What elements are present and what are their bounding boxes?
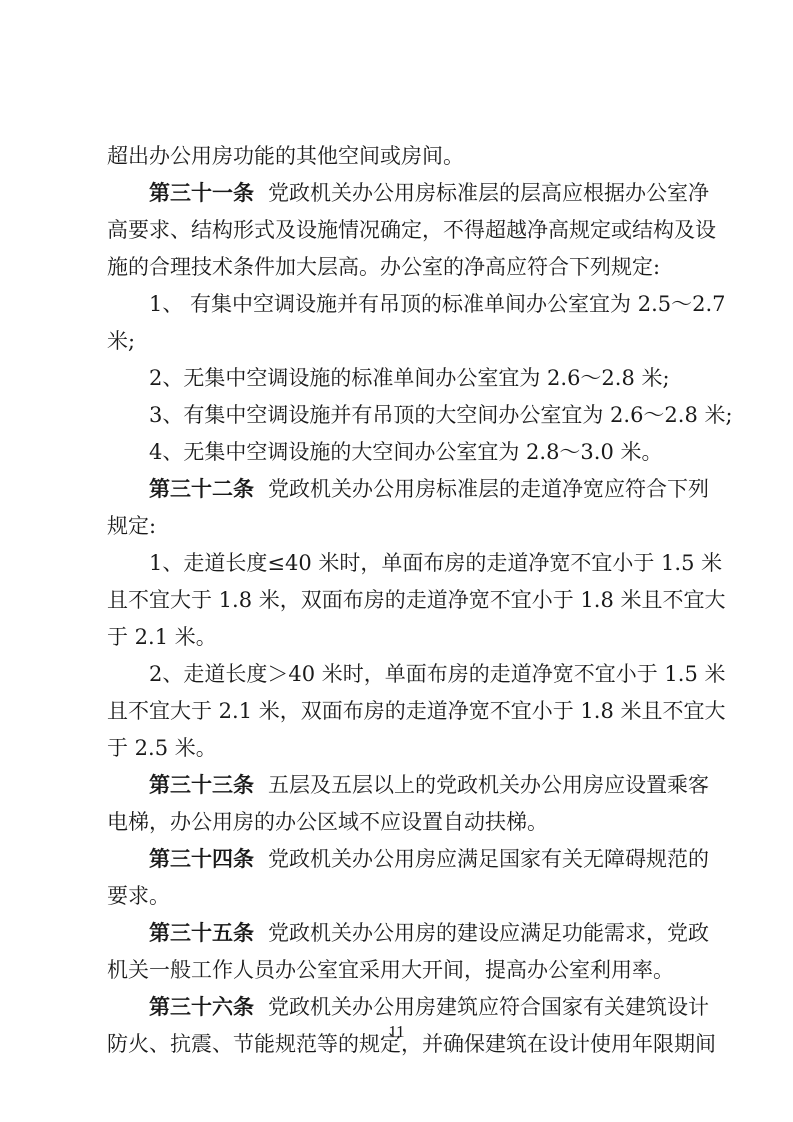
line-text: 党政机关办公用房标准层的层高应根据办公室净 [268,181,709,205]
line-text: 1、 有集中空调设施并有吊顶的标准单间办公室宜为 2.5～2.7 [149,292,726,316]
text-line: 1、走道长度≤40 米时，单面布房的走道净宽不宜小于 1.5 米 [107,545,692,582]
line-text: 于 2.5 米。 [107,736,217,760]
text-line: 于 2.1 米。 [107,619,692,656]
line-text: 党政机关办公用房的建设应满足功能需求，党政 [268,921,709,945]
text-line: 超出办公用房功能的其他空间或房间。 [107,138,692,175]
line-text: 党政机关办公用房建筑应符合国家有关建筑设计 [268,995,709,1019]
text-line: 且不宜大于 2.1 米，双面布房的走道净宽不宜小于 1.8 米且不宜大 [107,693,692,730]
text-line: 且不宜大于 1.8 米，双面布房的走道净宽不宜小于 1.8 米且不宜大 [107,582,692,619]
line-text: 且不宜大于 1.8 米，双面布房的走道净宽不宜小于 1.8 米且不宜大 [107,588,726,612]
line-text: 2、走道长度＞40 米时，单面布房的走道净宽不宜小于 1.5 米 [149,662,726,686]
line-text: 电梯，办公用房的办公区域不应设置自动扶梯。 [107,810,548,834]
text-line: 4、无集中空调设施的大空间办公室宜为 2.8～3.0 米。 [107,434,692,471]
line-text: 要求。 [107,884,170,908]
document-body: 超出办公用房功能的其他空间或房间。第三十一条党政机关办公用房标准层的层高应根据办… [107,138,692,1063]
article-heading: 第三十二条 [149,477,254,501]
text-line: 高要求、结构形式及设施情况确定，不得超越净高规定或结构及设 [107,212,692,249]
article-heading: 第三十一条 [149,181,254,205]
line-text: 1、走道长度≤40 米时，单面布房的走道净宽不宜小于 1.5 米 [149,551,722,575]
line-text: 2、无集中空调设施的标准单间办公室宜为 2.6～2.8 米; [149,366,670,390]
text-line: 3、有集中空调设施并有吊顶的大空间办公室宜为 2.6～2.8 米; [107,397,692,434]
text-line: 米; [107,323,692,360]
text-line: 施的合理技术条件加大层高。办公室的净高应符合下列规定: [107,249,692,286]
line-text: 且不宜大于 2.1 米，双面布房的走道净宽不宜小于 1.8 米且不宜大 [107,699,726,723]
text-line: 电梯，办公用房的办公区域不应设置自动扶梯。 [107,804,692,841]
page-number: 11 [0,1022,793,1042]
text-line: 于 2.5 米。 [107,730,692,767]
text-line: 1、 有集中空调设施并有吊顶的标准单间办公室宜为 2.5～2.7 [107,286,692,323]
text-line: 要求。 [107,878,692,915]
article-heading: 第三十四条 [149,847,254,871]
line-text: 党政机关办公用房标准层的走道净宽应符合下列 [268,477,709,501]
text-line: 第三十三条五层及五层以上的党政机关办公用房应设置乘客 [107,767,692,804]
article-heading: 第三十五条 [149,921,254,945]
text-line: 机关一般工作人员办公室宜采用大开间，提高办公室利用率。 [107,952,692,989]
text-line: 2、走道长度＞40 米时，单面布房的走道净宽不宜小于 1.5 米 [107,656,692,693]
text-line: 第三十四条党政机关办公用房应满足国家有关无障碍规范的 [107,841,692,878]
text-line: 第三十二条党政机关办公用房标准层的走道净宽应符合下列 [107,471,692,508]
text-line: 第三十一条党政机关办公用房标准层的层高应根据办公室净 [107,175,692,212]
line-text: 米; [107,329,135,353]
line-text: 超出办公用房功能的其他空间或房间。 [107,144,464,168]
line-text: 规定: [107,514,156,538]
text-line: 第三十五条党政机关办公用房的建设应满足功能需求，党政 [107,915,692,952]
line-text: 党政机关办公用房应满足国家有关无障碍规范的 [268,847,709,871]
line-text: 五层及五层以上的党政机关办公用房应设置乘客 [268,773,709,797]
text-line: 第三十六条党政机关办公用房建筑应符合国家有关建筑设计 [107,989,692,1026]
article-heading: 第三十三条 [149,773,254,797]
text-line: 2、无集中空调设施的标准单间办公室宜为 2.6～2.8 米; [107,360,692,397]
line-text: 4、无集中空调设施的大空间办公室宜为 2.8～3.0 米。 [149,440,663,464]
article-heading: 第三十六条 [149,995,254,1019]
line-text: 施的合理技术条件加大层高。办公室的净高应符合下列规定: [107,255,660,279]
text-line: 规定: [107,508,692,545]
line-text: 于 2.1 米。 [107,625,217,649]
line-text: 机关一般工作人员办公室宜采用大开间，提高办公室利用率。 [107,958,674,982]
line-text: 3、有集中空调设施并有吊顶的大空间办公室宜为 2.6～2.8 米; [149,403,733,427]
line-text: 高要求、结构形式及设施情况确定，不得超越净高规定或结构及设 [107,218,716,242]
